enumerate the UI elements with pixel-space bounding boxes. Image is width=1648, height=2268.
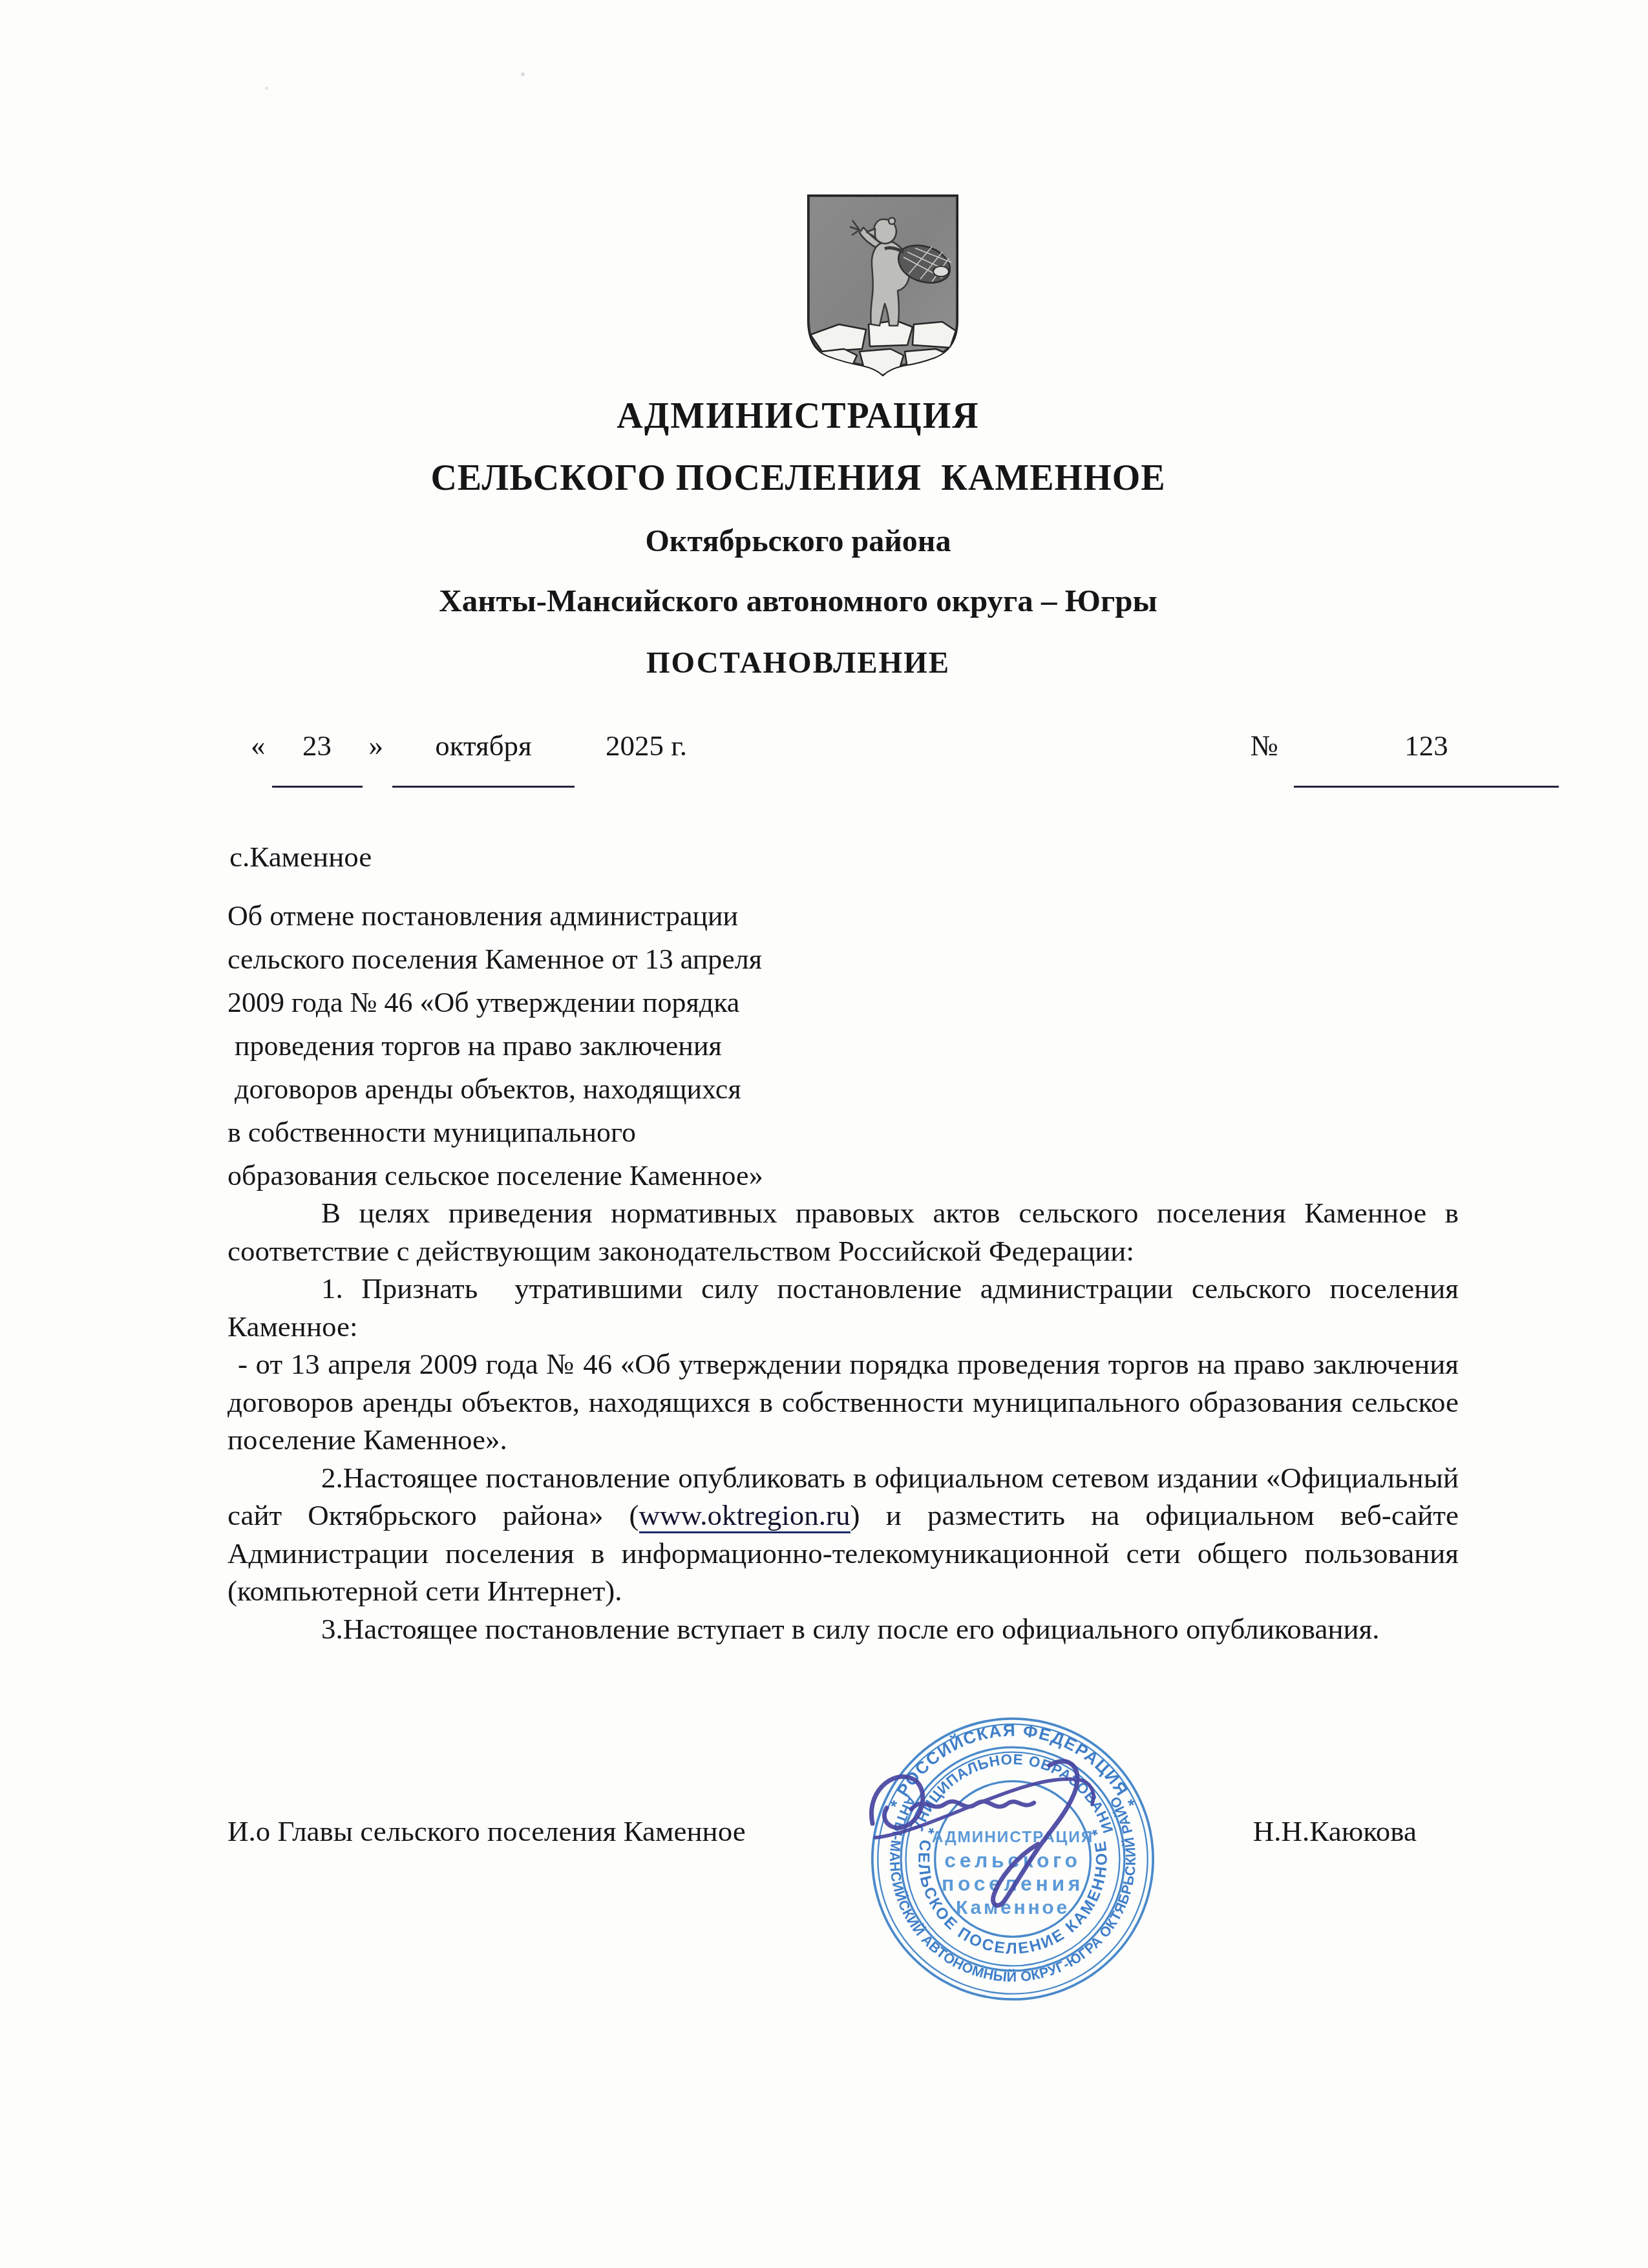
document-type-title: ПОСТАНОВЛЕНИЕ bbox=[191, 645, 1406, 681]
handwritten-signature bbox=[854, 1752, 1126, 1933]
scanned-document-page: АДМИНИСТРАЦИЯ СЕЛЬСКОГО ПОСЕЛЕНИЯ КАМЕНН… bbox=[0, 0, 1648, 2268]
day-value: 23 bbox=[272, 728, 363, 788]
subject-block: Об отмене постановления администрациисел… bbox=[227, 894, 861, 1197]
coat-of-arms-icon bbox=[805, 193, 960, 377]
number-group: № 123 bbox=[1251, 728, 1559, 788]
date-number-row: « 23 » октября 2025 г. № 123 bbox=[227, 728, 1559, 788]
paragraph-item-1: 1. Признать утратившими силу постановлен… bbox=[227, 1270, 1459, 1345]
org-name-line1: АДМИНИСТРАЦИЯ bbox=[191, 395, 1406, 437]
paragraph-preamble: В целях приведения нормативных правовых … bbox=[227, 1194, 1459, 1270]
paragraph-dash-item: - от 13 апреля 2009 года № 46 «Об утверж… bbox=[227, 1345, 1459, 1459]
signer-name: Н.Н.Каюкова bbox=[1253, 1813, 1417, 1849]
month-value: октября bbox=[392, 728, 575, 788]
paragraph-item-3: 3.Настоящее постановление вступает в сил… bbox=[227, 1610, 1459, 1648]
close-quote: » bbox=[369, 728, 384, 764]
number-sign: № bbox=[1251, 728, 1278, 764]
date-group: « 23 » октября 2025 г. bbox=[251, 728, 687, 788]
scan-artifact-dot bbox=[521, 72, 525, 76]
org-district: Октябрьского района bbox=[191, 523, 1406, 560]
signature-row: И.о Главы сельского поселения Каменное Н… bbox=[227, 1813, 1417, 1849]
org-name-line2: СЕЛЬСКОГО ПОСЕЛЕНИЯ КАМЕННОЕ bbox=[191, 457, 1406, 499]
body-text: В целях приведения нормативных правовых … bbox=[227, 1194, 1459, 1648]
letterhead: АДМИНИСТРАЦИЯ СЕЛЬСКОГО ПОСЕЛЕНИЯ КАМЕНН… bbox=[191, 395, 1406, 681]
paragraph-item-2: 2.Настоящее постановление опубликовать в… bbox=[227, 1459, 1459, 1610]
org-region: Ханты-Мансийского автономного округа – Ю… bbox=[191, 583, 1406, 619]
document-number: 123 bbox=[1294, 728, 1559, 788]
place-name: с.Каменное bbox=[229, 840, 372, 874]
year-value: 2025 г. bbox=[606, 728, 687, 764]
url-text: www.oktregion.ru bbox=[639, 1499, 850, 1533]
signer-position: И.о Главы сельского поселения Каменное bbox=[227, 1813, 746, 1849]
open-quote: « bbox=[251, 728, 266, 764]
scan-artifact-dot bbox=[265, 87, 268, 90]
